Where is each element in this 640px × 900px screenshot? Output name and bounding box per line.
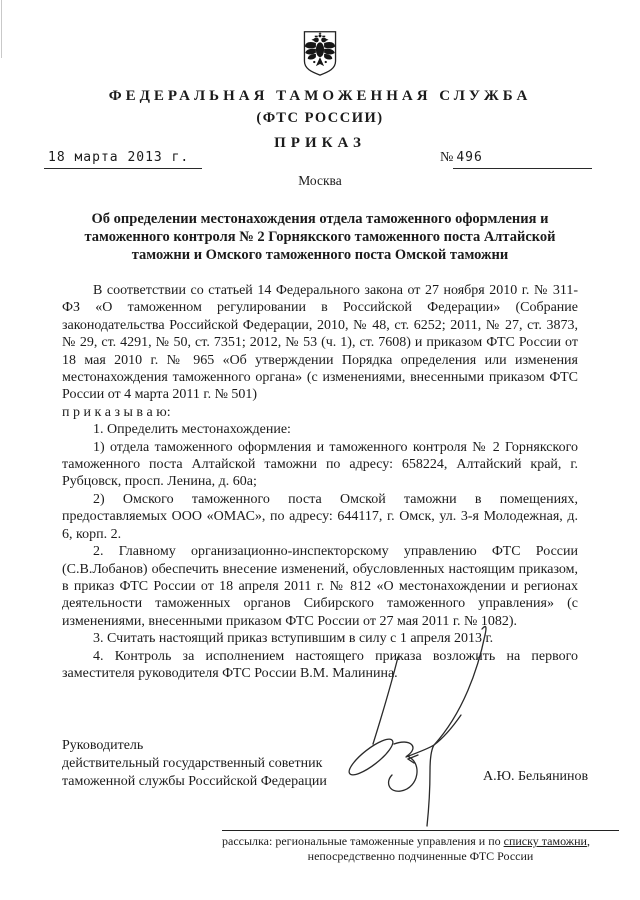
order-title: Об определении местонахождения отдела та… <box>62 210 578 264</box>
document-number: 496 <box>453 150 592 169</box>
distribution-line-2: непосредственно подчиненные ФТС России <box>222 849 619 864</box>
paragraph-item-1: 1. Определить местонахождение: <box>62 421 578 438</box>
paragraph-item-1-1: 1) отдела таможенного оформления и тамож… <box>62 439 578 491</box>
scanned-order-document: ФЕДЕРАЛЬНАЯ ТАМОЖЕННАЯ СЛУЖБА (ФТС РОССИ… <box>0 0 640 900</box>
org-abbreviation: (ФТС РОССИИ) <box>0 110 640 127</box>
scan-edge-artifact <box>1 0 2 58</box>
document-date: 18 марта 2013 г. <box>44 150 202 169</box>
paragraph-preamble: В соответствии со статьей 14 Федеральног… <box>62 282 578 404</box>
paragraph-item-1-2: 2) Омского таможенного поста Омской тамо… <box>62 491 578 543</box>
russia-coat-of-arms-icon <box>302 29 338 82</box>
paragraph-decree-word: п р и к а з ы в а ю: <box>62 404 578 421</box>
distribution-underlined: списку таможни <box>504 834 587 848</box>
org-name: ФЕДЕРАЛЬНАЯ ТАМОЖЕННАЯ СЛУЖБА <box>0 88 640 105</box>
issue-city: Москва <box>0 173 640 189</box>
handwritten-signature-icon <box>330 595 530 840</box>
distribution-note: рассылка: региональные таможенные управл… <box>222 830 619 864</box>
distribution-line-1: рассылка: региональные таможенные управл… <box>222 834 619 849</box>
distribution-suffix: , <box>587 834 590 848</box>
document-number-block: №496 <box>440 150 592 169</box>
distribution-prefix: рассылка: региональные таможенные управл… <box>222 834 504 848</box>
number-sign: № <box>440 150 453 169</box>
